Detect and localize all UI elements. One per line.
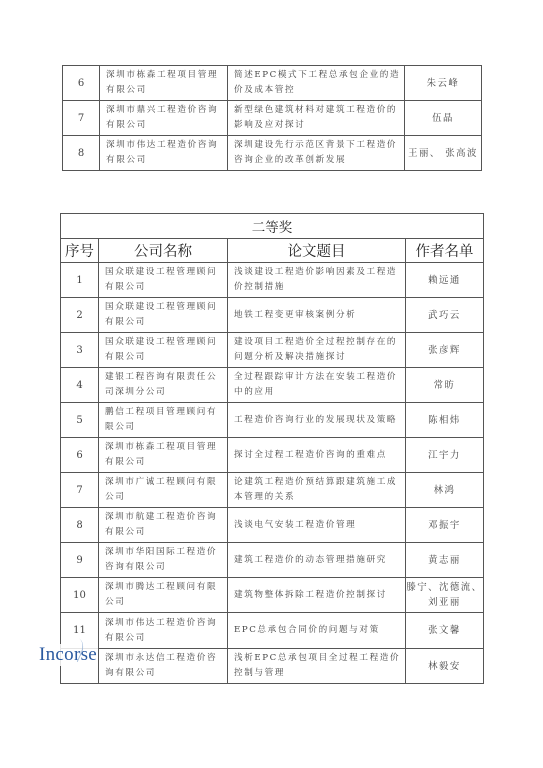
header-no: 序号 (61, 239, 99, 263)
row-number: 8 (63, 136, 100, 171)
paper-title: 建筑工程造价的动态管理措施研究 (228, 543, 406, 578)
company-name: 深圳市腾达工程顾问有限公司 (99, 578, 228, 613)
paper-title: 深圳建设先行示范区背景下工程造价咨询企业的改革创新发展 (228, 136, 405, 171)
author-list: 滕宁、沈德流、刘亚丽 (406, 578, 484, 613)
company-name: 深圳市栋森工程项目管理有限公司 (100, 66, 228, 101)
company-name: 建银工程咨询有限责任公司深圳分公司 (99, 368, 228, 403)
author-list: 林鸿 (406, 473, 484, 508)
table-row: 10 深圳市腾达工程顾问有限公司 建筑物整体拆除工程造价控制探讨 滕宁、沈德流、… (61, 578, 484, 613)
table-row: 8 深圳市伟达工程造价咨询有限公司 深圳建设先行示范区背景下工程造价咨询企业的改… (63, 136, 482, 171)
row-number: 7 (63, 101, 100, 136)
table-row: 7 深圳市鼎兴工程造价咨询有限公司 新型绿色建筑材料对建筑工程造价的影响及应对探… (63, 101, 482, 136)
paper-title: 工程造价咨询行业的发展现状及策略 (228, 403, 406, 438)
section-title: 二等奖 (61, 214, 484, 239)
company-name: 深圳市伟达工程造价咨询有限公司 (100, 136, 228, 171)
table-row: 9 深圳市华阳国际工程造价咨询有限公司 建筑工程造价的动态管理措施研究 黄志丽 (61, 543, 484, 578)
header-author: 作者名单 (406, 239, 484, 263)
table-row: 6 深圳市栋森工程项目管理有限公司 探讨全过程工程造价咨询的重难点 江宇力 (61, 438, 484, 473)
author-list: 林毅安 (406, 649, 484, 684)
company-name: 深圳市永达信工程造价咨询有限公司 (99, 649, 228, 684)
paper-title: 建设项目工程造价全过程控制存在的问题分析及解决措施探讨 (228, 333, 406, 368)
company-name: 国众联建设工程管理顾问有限公司 (99, 333, 228, 368)
author-list: 张彦辉 (406, 333, 484, 368)
header-title: 论文题目 (228, 239, 406, 263)
paper-title: 地铁工程变更审核案例分析 (228, 298, 406, 333)
author-list: 黄志丽 (406, 543, 484, 578)
company-name: 鹏信工程项目管理顾问有限公司 (99, 403, 228, 438)
author-list: 常昉 (406, 368, 484, 403)
row-number: 2 (61, 298, 99, 333)
table-row: 4 建银工程咨询有限责任公司深圳分公司 全过程跟踪审计方法在安装工程造价中的应用… (61, 368, 484, 403)
company-name: 深圳市鼎兴工程造价咨询有限公司 (100, 101, 228, 136)
author-list: 伍晶 (405, 101, 482, 136)
paper-title: 浅谈电气安装工程造价管理 (228, 508, 406, 543)
company-name: 深圳市华阳国际工程造价咨询有限公司 (99, 543, 228, 578)
second-prize-table: 二等奖 序号 公司名称 论文题目 作者名单 1 国众联建设工程管理顾问有限公司 … (60, 213, 484, 684)
row-number: 7 (61, 473, 99, 508)
company-name: 深圳市伟达工程造价咨询有限公司 (99, 613, 228, 649)
row-number: 10 (61, 578, 99, 613)
table-row: 5 鹏信工程项目管理顾问有限公司 工程造价咨询行业的发展现状及策略 陈相炜 (61, 403, 484, 438)
author-list: 邓振宇 (406, 508, 484, 543)
company-name: 国众联建设工程管理顾问有限公司 (99, 263, 228, 298)
row-number: 4 (61, 368, 99, 403)
row-number: 1 (61, 263, 99, 298)
company-name: 深圳市栋森工程项目管理有限公司 (99, 438, 228, 473)
author-list: 陈相炜 (406, 403, 484, 438)
author-list: 江宇力 (406, 438, 484, 473)
paper-title: 建筑物整体拆除工程造价控制探讨 (228, 578, 406, 613)
paper-title: 全过程跟踪审计方法在安装工程造价中的应用 (228, 368, 406, 403)
table-row: 深圳市永达信工程造价咨询有限公司 浅析EPC总承包项目全过程工程造价控制与管理 … (61, 649, 484, 684)
author-list: 朱云峰 (405, 66, 482, 101)
author-list: 张文馨 (406, 613, 484, 649)
section-title-row: 二等奖 (61, 214, 484, 239)
table-row: 2 国众联建设工程管理顾问有限公司 地铁工程变更审核案例分析 武巧云 (61, 298, 484, 333)
table-row: 11 深圳市伟达工程造价咨询有限公司 EPC总承包合同价的问题与对策 张文馨 (61, 613, 484, 649)
company-name: 深圳市广诚工程顾问有限公司 (99, 473, 228, 508)
paper-title: 新型绿色建筑材料对建筑工程造价的影响及应对探讨 (228, 101, 405, 136)
row-number: 9 (61, 543, 99, 578)
table-row: 1 国众联建设工程管理顾问有限公司 浅谈建设工程造价影响因素及工程造价控制措施 … (61, 263, 484, 298)
table-row: 8 深圳市航建工程造价咨询有限公司 浅谈电气安装工程造价管理 邓振宇 (61, 508, 484, 543)
header-row: 序号 公司名称 论文题目 作者名单 (61, 239, 484, 263)
table-row: 6 深圳市栋森工程项目管理有限公司 简述EPC模式下工程总承包企业的造价及成本管… (63, 66, 482, 101)
author-list: 王丽、 张高波 (405, 136, 482, 171)
author-list: 武巧云 (406, 298, 484, 333)
row-number: 3 (61, 333, 99, 368)
company-name: 深圳市航建工程造价咨询有限公司 (99, 508, 228, 543)
header-company: 公司名称 (99, 239, 228, 263)
company-name: 国众联建设工程管理顾问有限公司 (99, 298, 228, 333)
paper-title: 简述EPC模式下工程总承包企业的造价及成本管控 (228, 66, 405, 101)
table-row: 7 深圳市广诚工程顾问有限公司 论建筑工程造价预结算跟建筑施工成本管理的关系 林… (61, 473, 484, 508)
paper-title: 论建筑工程造价预结算跟建筑施工成本管理的关系 (228, 473, 406, 508)
paper-title: 探讨全过程工程造价咨询的重难点 (228, 438, 406, 473)
paper-title: 浅析EPC总承包项目全过程工程造价控制与管理 (228, 649, 406, 684)
author-list: 赖远通 (406, 263, 484, 298)
row-number: 6 (61, 438, 99, 473)
row-number: 5 (61, 403, 99, 438)
row-number: 6 (63, 66, 100, 101)
paper-title: EPC总承包合同价的问题与对策 (228, 613, 406, 649)
table-row: 3 国众联建设工程管理顾问有限公司 建设项目工程造价全过程控制存在的问题分析及解… (61, 333, 484, 368)
paper-title: 浅谈建设工程造价影响因素及工程造价控制措施 (228, 263, 406, 298)
incorse-watermark-logo: Incorse (38, 644, 98, 666)
first-prize-table-continued: 6 深圳市栋森工程项目管理有限公司 简述EPC模式下工程总承包企业的造价及成本管… (62, 65, 482, 171)
row-number: 8 (61, 508, 99, 543)
